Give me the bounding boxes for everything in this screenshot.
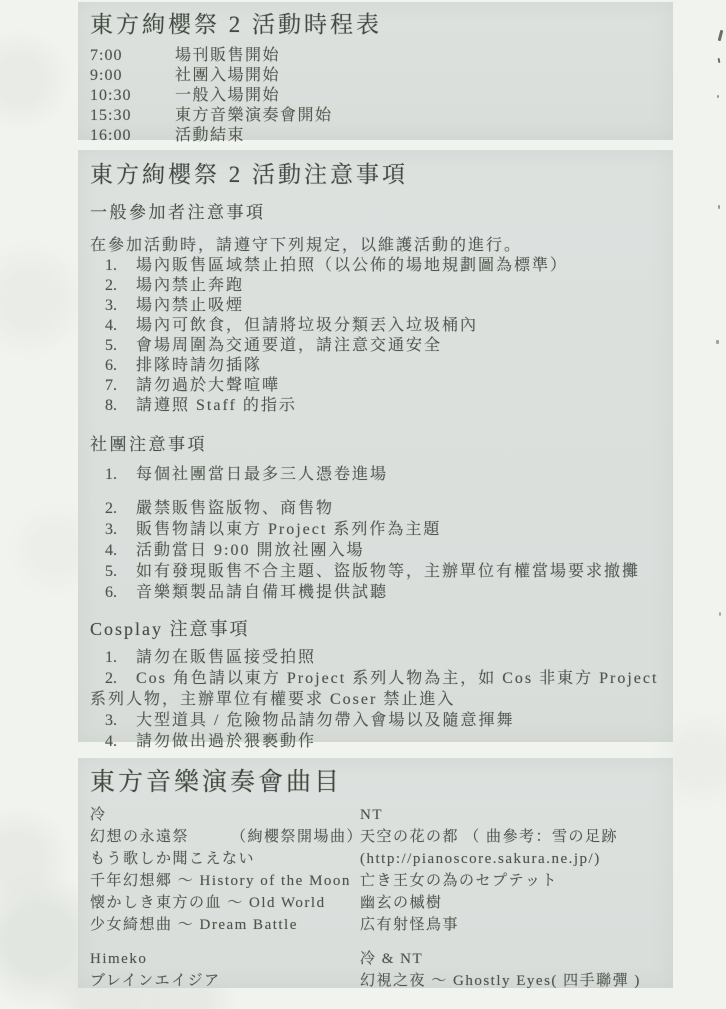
performer-name: Himeko bbox=[90, 948, 360, 970]
item-number: 7. bbox=[90, 376, 136, 396]
item-number: 2. bbox=[90, 498, 136, 519]
song-title: 幻想の永遠祭 （絢櫻祭開場曲） bbox=[90, 826, 360, 848]
item-text: 請勿做出過於猥褻動作 bbox=[136, 733, 316, 750]
scan-mark bbox=[718, 205, 720, 209]
schedule-row: 16:00活動結束 bbox=[90, 126, 661, 146]
setlist-columns: 冷 幻想の永遠祭 （絢櫻祭開場曲） もう歌しか聞こえない 千年幻想郷 ～ His… bbox=[90, 804, 661, 992]
item-text: 嚴禁販售盜版物、商售物 bbox=[136, 500, 334, 517]
list-item: 2.嚴禁販售盜版物、商售物 bbox=[90, 498, 661, 519]
scan-mark bbox=[718, 30, 724, 41]
schedule-time: 7:00 bbox=[90, 46, 175, 66]
performer-name: 冷 & NT bbox=[360, 948, 661, 970]
list-item: 1.請勿在販售區接受拍照 bbox=[90, 647, 661, 668]
item-number: 3. bbox=[90, 519, 136, 540]
schedule-event: 社團入場開始 bbox=[175, 67, 280, 84]
scan-mark bbox=[719, 612, 721, 616]
spacer bbox=[90, 936, 360, 948]
song-title: 亡き王女の為のセプテット bbox=[360, 870, 661, 892]
schedule-title: 東方絢櫻祭 2 活動時程表 bbox=[90, 10, 661, 40]
song-title: ブレインエイジア bbox=[90, 970, 360, 992]
song-title: 幻視之夜 ～ Ghostly Eyes( 四手聯彈 ) bbox=[360, 970, 661, 992]
list-item: 3.販售物請以東方 Project 系列作為主題 bbox=[90, 519, 661, 540]
schedule-event: 一般入場開始 bbox=[175, 87, 280, 104]
item-number: 1. bbox=[90, 256, 136, 276]
item-text: 音樂類製品請自備耳機提供試聽 bbox=[136, 584, 388, 601]
list-item: 8.請遵照 Staff 的指示 bbox=[90, 396, 661, 416]
list-item: 4.請勿做出過於猥褻動作 bbox=[90, 731, 661, 752]
item-number: 2. bbox=[90, 276, 136, 296]
list-item: 6.排隊時請勿插隊 bbox=[90, 356, 661, 376]
setlist-title: 東方音樂演奏會曲目 bbox=[90, 766, 661, 800]
circle-notices-heading: 社團注意事項 bbox=[90, 434, 661, 456]
list-item: 7.請勿過於大聲喧嘩 bbox=[90, 376, 661, 396]
item-text: 會場周圍為交通要道，請注意交通安全 bbox=[136, 337, 442, 354]
list-item: 1.場內販售區域禁止拍照（以公佈的場地規劃圖為標準） bbox=[90, 256, 661, 276]
item-text: 每個社團當日最多三人憑卷進場 bbox=[136, 466, 388, 483]
song-reference-url: (http://pianoscore.sakura.ne.jp/) bbox=[360, 848, 661, 870]
general-notices-intro: 在參加活動時，請遵守下列規定，以維護活動的進行。 bbox=[90, 236, 661, 256]
setlist-left-column: 冷 幻想の永遠祭 （絢櫻祭開場曲） もう歌しか聞こえない 千年幻想郷 ～ His… bbox=[90, 804, 360, 992]
item-number: 4. bbox=[90, 316, 136, 336]
schedule-time: 16:00 bbox=[90, 126, 175, 146]
setlist-panel: 東方音樂演奏會曲目 冷 幻想の永遠祭 （絢櫻祭開場曲） もう歌しか聞こえない 千… bbox=[78, 758, 673, 988]
item-text: 請勿過於大聲喧嘩 bbox=[136, 377, 280, 394]
schedule-row: 9:00社團入場開始 bbox=[90, 66, 661, 86]
schedule-event: 場刊販售開始 bbox=[175, 47, 280, 64]
song-title: 千年幻想郷 ～ History of the Moon bbox=[90, 870, 360, 892]
circle-notices-section: 社團注意事項 1.每個社團當日最多三人憑卷進場 2.嚴禁販售盜版物、商售物 3.… bbox=[90, 434, 661, 603]
notices-title: 東方絢櫻祭 2 活動注意事項 bbox=[90, 160, 661, 190]
schedule-time: 15:30 bbox=[90, 106, 175, 126]
item-text: 請勿在販售區接受拍照 bbox=[136, 649, 316, 666]
item-text: 請遵照 Staff 的指示 bbox=[136, 397, 297, 414]
item-number: 5. bbox=[90, 561, 136, 582]
list-item: 5.會場周圍為交通要道，請注意交通安全 bbox=[90, 336, 661, 356]
general-notices-section: 一般參加者注意事項 在參加活動時，請遵守下列規定，以維護活動的進行。 1.場內販… bbox=[90, 202, 661, 416]
spacer bbox=[360, 936, 661, 948]
notices-panel: 東方絢櫻祭 2 活動注意事項 一般參加者注意事項 在參加活動時，請遵守下列規定，… bbox=[78, 150, 673, 742]
item-text: Cos 角色請以東方 Project 系列人物為主，如 Cos 非東方 Proj… bbox=[90, 670, 658, 708]
item-text: 大型道具 / 危險物品請勿帶入會場以及隨意揮舞 bbox=[136, 712, 514, 729]
item-text: 如有發現販售不合主題、盜版物等，主辦單位有權當場要求撤攤 bbox=[136, 563, 640, 580]
performer-name: NT bbox=[360, 804, 661, 826]
performer-name: 冷 bbox=[90, 804, 360, 826]
list-item: 5.如有發現販售不合主題、盜版物等，主辦單位有權當場要求撤攤 bbox=[90, 561, 661, 582]
list-item: 3.場內禁止吸煙 bbox=[90, 296, 661, 316]
schedule-time: 9:00 bbox=[90, 66, 175, 86]
schedule-event: 東方音樂演奏會開始 bbox=[175, 107, 333, 124]
schedule-row: 7:00場刊販售開始 bbox=[90, 46, 661, 66]
item-number: 3. bbox=[90, 710, 136, 731]
schedule-row: 10:30一般入場開始 bbox=[90, 86, 661, 106]
item-text: 排隊時請勿插隊 bbox=[136, 357, 262, 374]
cosplay-notices-heading: Cosplay 注意事項 bbox=[90, 617, 661, 641]
item-number: 5. bbox=[90, 336, 136, 356]
scan-mark bbox=[718, 58, 721, 63]
item-number: 4. bbox=[90, 540, 136, 561]
list-item: 6.音樂類製品請自備耳機提供試聽 bbox=[90, 582, 661, 603]
cosplay-notices-section: Cosplay 注意事項 1.請勿在販售區接受拍照 2.Cos 角色請以東方 P… bbox=[90, 617, 661, 752]
item-number: 6. bbox=[90, 582, 136, 603]
general-notices-heading: 一般參加者注意事項 bbox=[90, 202, 661, 224]
song-title: 広有射怪鳥事 bbox=[360, 914, 661, 936]
schedule-row: 15:30東方音樂演奏會開始 bbox=[90, 106, 661, 126]
song-title: 幽玄の槭樹 bbox=[360, 892, 661, 914]
item-number: 2. bbox=[90, 668, 136, 689]
item-text: 販售物請以東方 Project 系列作為主題 bbox=[136, 521, 441, 538]
list-item: 4.活動當日 9:00 開放社團入場 bbox=[90, 540, 661, 561]
item-text: 場內可飲食，但請將垃圾分類丟入垃圾桶內 bbox=[136, 317, 478, 334]
list-item: 2.Cos 角色請以東方 Project 系列人物為主，如 Cos 非東方 Pr… bbox=[90, 668, 661, 710]
item-number: 1. bbox=[90, 464, 136, 485]
list-item: 3.大型道具 / 危險物品請勿帶入會場以及隨意揮舞 bbox=[90, 710, 661, 731]
schedule-panel: 東方絢櫻祭 2 活動時程表 7:00場刊販售開始 9:00社團入場開始 10:3… bbox=[78, 2, 673, 140]
item-text: 場內禁止吸煙 bbox=[136, 297, 244, 314]
song-title: 少女綺想曲 ～ Dream Battle bbox=[90, 914, 360, 936]
schedule-event: 活動結束 bbox=[175, 127, 245, 144]
song-title: 天空の花の都 （ 曲參考：雪の足跡 bbox=[360, 826, 661, 848]
list-item: 4.場內可飲食，但請將垃圾分類丟入垃圾桶內 bbox=[90, 316, 661, 336]
item-number: 3. bbox=[90, 296, 136, 316]
schedule-time: 10:30 bbox=[90, 86, 175, 106]
item-number: 4. bbox=[90, 731, 136, 752]
item-text: 場內禁止奔跑 bbox=[136, 277, 244, 294]
list-item: 2.場內禁止奔跑 bbox=[90, 276, 661, 296]
item-text: 活動當日 9:00 開放社團入場 bbox=[136, 542, 364, 559]
item-number: 6. bbox=[90, 356, 136, 376]
setlist-right-column: NT 天空の花の都 （ 曲參考：雪の足跡 (http://pianoscore.… bbox=[360, 804, 661, 992]
scan-mark bbox=[717, 95, 719, 98]
song-title: 懐かしき東方の血 ～ Old World bbox=[90, 892, 360, 914]
scan-mark bbox=[716, 340, 719, 344]
item-number: 8. bbox=[90, 396, 136, 416]
list-item: 1.每個社團當日最多三人憑卷進場 bbox=[90, 464, 661, 485]
item-number: 1. bbox=[90, 647, 136, 668]
item-text: 場內販售區域禁止拍照（以公佈的場地規劃圖為標準） bbox=[136, 257, 568, 274]
song-title: もう歌しか聞こえない bbox=[90, 848, 360, 870]
